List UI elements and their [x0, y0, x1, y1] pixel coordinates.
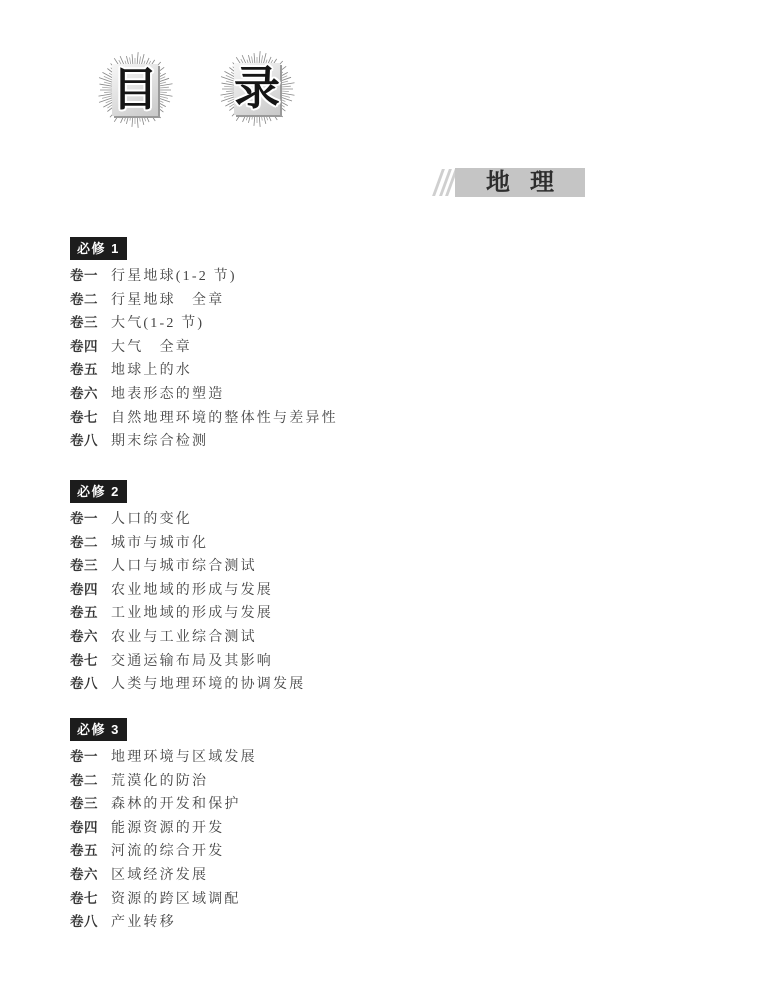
entry-number: 卷五 — [70, 601, 97, 625]
toc-entry: 卷二行星地球 全章 — [70, 288, 338, 312]
entry-title: 河流的综合开发 — [111, 844, 224, 859]
title-plate: 目 — [112, 64, 158, 116]
entry-title: 地表形态的塑造 — [111, 387, 224, 402]
entry-title: 行星地球 全章 — [111, 293, 224, 308]
section-label: 必修 1 — [70, 237, 127, 260]
entry-number: 卷四 — [70, 816, 97, 840]
toc-entry: 卷一行星地球(1-2 节) — [70, 264, 338, 288]
section-items: 卷一人口的变化 卷二城市与城市化 卷三人口与城市综合测试 卷四农业地域的形成与发… — [70, 507, 305, 696]
toc-entry: 卷一地理环境与区域发展 — [70, 745, 257, 769]
entry-number: 卷五 — [70, 839, 97, 863]
title-char-mu: 目 — [112, 67, 158, 113]
entry-number: 卷四 — [70, 335, 97, 359]
section-bixiu-3: 必修 3 卷一地理环境与区域发展 卷二荒漠化的防治 卷三森林的开发和保护 卷四能… — [70, 718, 257, 934]
entry-title: 自然地理环境的整体性与差异性 — [111, 411, 338, 426]
entry-number: 卷三 — [70, 311, 97, 335]
entry-title: 地理环境与区域发展 — [111, 750, 257, 765]
toc-page: 目 录 地 理 必修 1 卷一行星地球(1-2 节) 卷二行星地球 全章 卷三大… — [0, 0, 772, 999]
toc-entry: 卷七资源的跨区域调配 — [70, 887, 257, 911]
toc-entry: 卷五地球上的水 — [70, 358, 338, 382]
entry-number: 卷二 — [70, 531, 97, 555]
entry-number: 卷五 — [70, 358, 97, 382]
entry-number: 卷七 — [70, 649, 97, 673]
entry-title: 行星地球(1-2 节) — [111, 269, 237, 284]
toc-entry: 卷八产业转移 — [70, 910, 257, 934]
title-char-lu-burst: 录 — [217, 49, 297, 129]
toc-entry: 卷七自然地理环境的整体性与差异性 — [70, 406, 338, 430]
entry-title: 人口的变化 — [111, 512, 192, 527]
toc-entry: 卷四大气 全章 — [70, 335, 338, 359]
toc-entry: 卷四能源资源的开发 — [70, 816, 257, 840]
entry-number: 卷六 — [70, 625, 97, 649]
entry-title: 区域经济发展 — [111, 868, 208, 883]
toc-entry: 卷五河流的综合开发 — [70, 839, 257, 863]
toc-entry: 卷六地表形态的塑造 — [70, 382, 338, 406]
toc-entry: 卷六区域经济发展 — [70, 863, 257, 887]
section-label: 必修 3 — [70, 718, 127, 741]
entry-number: 卷三 — [70, 554, 97, 578]
section-items: 卷一行星地球(1-2 节) 卷二行星地球 全章 卷三大气(1-2 节) 卷四大气… — [70, 264, 338, 453]
entry-number: 卷二 — [70, 769, 97, 793]
toc-entry: 卷三大气(1-2 节) — [70, 311, 338, 335]
entry-title: 大气(1-2 节) — [111, 316, 204, 331]
entry-number: 卷七 — [70, 406, 97, 430]
entry-number: 卷一 — [70, 264, 97, 288]
entry-title: 大气 全章 — [111, 340, 192, 355]
section-label: 必修 2 — [70, 480, 127, 503]
entry-title: 人口与城市综合测试 — [111, 559, 257, 574]
toc-entry: 卷四农业地域的形成与发展 — [70, 578, 305, 602]
entry-title: 农业与工业综合测试 — [111, 630, 257, 645]
toc-entry: 卷二城市与城市化 — [70, 531, 305, 555]
entry-title: 能源资源的开发 — [111, 821, 224, 836]
title-plate: 录 — [234, 63, 280, 115]
toc-entry: 卷六农业与工业综合测试 — [70, 625, 305, 649]
entry-number: 卷八 — [70, 910, 97, 934]
entry-number: 卷一 — [70, 507, 97, 531]
entry-number: 卷六 — [70, 382, 97, 406]
subject-box: 地 理 — [455, 168, 585, 197]
subject-label: 地 理 — [479, 171, 561, 195]
toc-entry: 卷一人口的变化 — [70, 507, 305, 531]
toc-entry: 卷五工业地域的形成与发展 — [70, 601, 305, 625]
section-bixiu-1: 必修 1 卷一行星地球(1-2 节) 卷二行星地球 全章 卷三大气(1-2 节)… — [70, 237, 338, 453]
entry-number: 卷六 — [70, 863, 97, 887]
title-char-mu-burst: 目 — [95, 50, 175, 130]
toc-entry: 卷二荒漠化的防治 — [70, 769, 257, 793]
entry-title: 森林的开发和保护 — [111, 797, 241, 812]
entry-number: 卷二 — [70, 288, 97, 312]
toc-entry: 卷三人口与城市综合测试 — [70, 554, 305, 578]
entry-number: 卷四 — [70, 578, 97, 602]
section-bixiu-2: 必修 2 卷一人口的变化 卷二城市与城市化 卷三人口与城市综合测试 卷四农业地域… — [70, 480, 305, 696]
entry-title: 资源的跨区域调配 — [111, 892, 241, 907]
entry-title: 人类与地理环境的协调发展 — [111, 677, 305, 692]
toc-entry: 卷八人类与地理环境的协调发展 — [70, 672, 305, 696]
section-items: 卷一地理环境与区域发展 卷二荒漠化的防治 卷三森林的开发和保护 卷四能源资源的开… — [70, 745, 257, 934]
toc-entry: 卷七交通运输布局及其影响 — [70, 649, 305, 673]
entry-number: 卷八 — [70, 672, 97, 696]
entry-title: 工业地域的形成与发展 — [111, 606, 273, 621]
entry-title: 产业转移 — [111, 915, 176, 930]
title-char-lu: 录 — [234, 66, 280, 112]
entry-title: 农业地域的形成与发展 — [111, 583, 273, 598]
entry-number: 卷一 — [70, 745, 97, 769]
entry-number: 卷七 — [70, 887, 97, 911]
entry-number: 卷八 — [70, 429, 97, 453]
toc-entry: 卷三森林的开发和保护 — [70, 792, 257, 816]
entry-title: 交通运输布局及其影响 — [111, 654, 273, 669]
entry-title: 期末综合检测 — [111, 434, 208, 449]
entry-title: 地球上的水 — [111, 363, 192, 378]
entry-title: 荒漠化的防治 — [111, 774, 208, 789]
entry-number: 卷三 — [70, 792, 97, 816]
entry-title: 城市与城市化 — [111, 536, 208, 551]
toc-entry: 卷八期末综合检测 — [70, 429, 338, 453]
